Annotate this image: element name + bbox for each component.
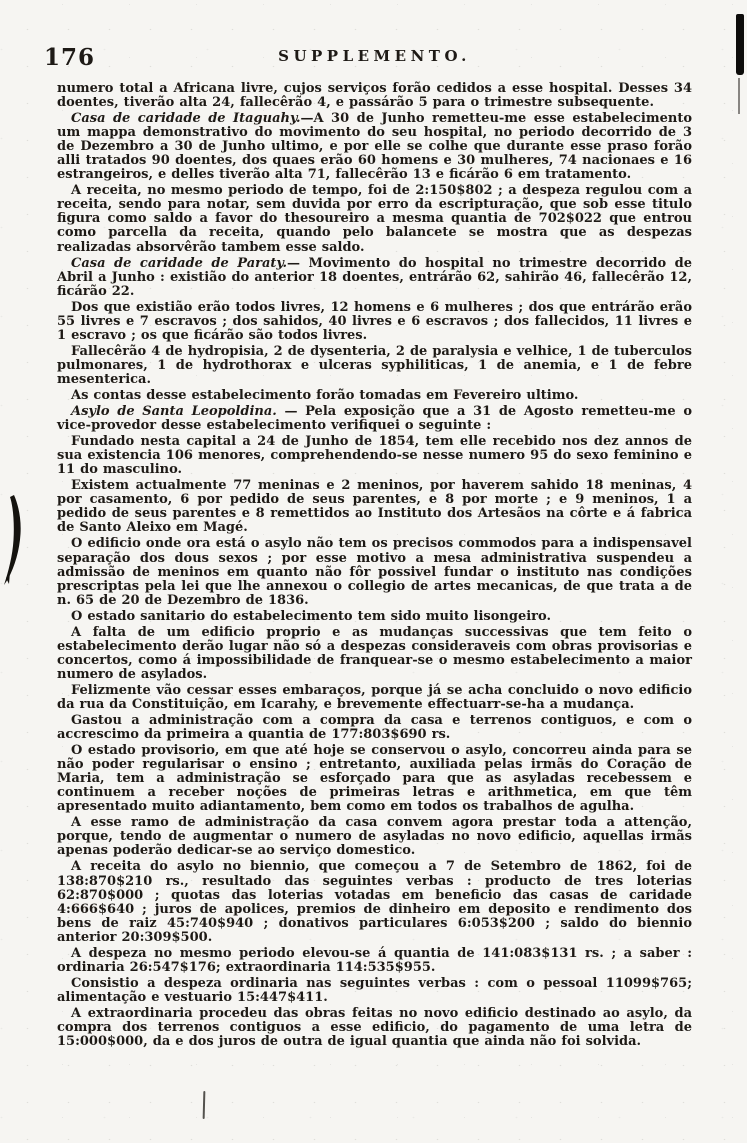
scan-edge-bar-artifact: [736, 14, 744, 75]
paragraph: A receita do asylo no biennio, que começ…: [57, 860, 692, 944]
paragraph-text: Felizmente vão cessar esses embaraços, p…: [57, 683, 692, 712]
paragraph-text: O estado provisorio, em que até hoje se …: [57, 743, 692, 814]
paragraph-text: A receita, no mesmo periodo de tempo, fo…: [57, 183, 692, 254]
paragraph: Casa de caridade de Itaguahy.—A 30 de Ju…: [57, 112, 692, 182]
paragraph-text: Fallecêrão 4 de hydropisia, 2 de dysente…: [57, 344, 692, 387]
paragraph-lead: Asylo de Santa Leopoldina.: [71, 404, 277, 419]
paragraph: A receita, no mesmo periodo de tempo, fo…: [57, 184, 692, 254]
paragraph: Dos que existião erão todos livres, 12 h…: [57, 301, 692, 343]
paragraph: O edificio onde ora está o asylo não tem…: [57, 537, 692, 607]
paragraph-text: Gastou a administração com a compra da c…: [57, 713, 692, 742]
paragraph-text: A falta de um edificio proprio e as muda…: [57, 625, 692, 682]
paragraph-text: Fundado nesta capital a 24 de Junho de 1…: [57, 434, 692, 477]
paragraph-lead: Casa de caridade de Paraty.: [71, 256, 287, 271]
paragraph-text: A despeza no mesmo periodo elevou-se á q…: [57, 946, 692, 975]
paragraph-text: numero total a Africana livre, cujos ser…: [57, 81, 692, 110]
ink-smudge-artifact: [2, 494, 28, 586]
paragraph-text: As contas desse estabelecimento forão to…: [71, 388, 578, 403]
paragraph: O estado sanitario do estabelecimento te…: [57, 610, 692, 624]
paragraph: numero total a Africana livre, cujos ser…: [57, 82, 692, 110]
paragraph-text: O edificio onde ora está o asylo não tem…: [57, 536, 692, 607]
paragraph-text: A receita do asylo no biennio, que começ…: [57, 859, 692, 944]
paragraph-lead: Casa de caridade de Itaguahy.: [71, 111, 301, 126]
paragraph-text: Existem actualmente 77 meninas e 2 menin…: [57, 478, 692, 535]
paragraph: A falta de um edificio proprio e as muda…: [57, 626, 692, 682]
paragraph-text: A extraordinaria procedeu das obras feit…: [57, 1006, 692, 1049]
paragraph: Felizmente vão cessar esses embaraços, p…: [57, 684, 692, 712]
paragraph-text: A esse ramo de administração da casa con…: [57, 815, 692, 858]
paragraph: As contas desse estabelecimento forão to…: [57, 389, 692, 403]
paragraph: Gastou a administração com a compra da c…: [57, 714, 692, 742]
paragraph: Consistio a despeza ordinaria nas seguin…: [57, 977, 692, 1005]
paragraph: Fallecêrão 4 de hydropisia, 2 de dysente…: [57, 345, 692, 387]
paragraph-text: O estado sanitario do estabelecimento te…: [71, 609, 551, 624]
paragraph: Casa de caridade de Paraty.— Movimento d…: [57, 257, 692, 299]
paragraph: A esse ramo de administração da casa con…: [57, 816, 692, 858]
paragraph: O estado provisorio, em que até hoje se …: [57, 744, 692, 814]
scanned-page: 176 SUPPLEMENTO. numero total a Africana…: [0, 0, 747, 1143]
paragraph-text: Consistio a despeza ordinaria nas seguin…: [57, 976, 692, 1005]
header-title: SUPPLEMENTO.: [57, 47, 692, 65]
paragraph: Existem actualmente 77 meninas e 2 menin…: [57, 479, 692, 535]
paragraph: Fundado nesta capital a 24 de Junho de 1…: [57, 435, 692, 477]
document-body: numero total a Africana livre, cujos ser…: [57, 82, 692, 1051]
page-header: 176 SUPPLEMENTO.: [57, 44, 692, 74]
paragraph: A despeza no mesmo periodo elevou-se á q…: [57, 947, 692, 975]
scan-stray-mark-artifact: [203, 1091, 206, 1119]
paragraph: Asylo de Santa Leopoldina. — Pela exposi…: [57, 405, 692, 433]
scan-edge-tail-artifact: [738, 78, 740, 114]
paragraph: A extraordinaria procedeu das obras feit…: [57, 1007, 692, 1049]
paragraph-text: Dos que existião erão todos livres, 12 h…: [57, 300, 692, 343]
